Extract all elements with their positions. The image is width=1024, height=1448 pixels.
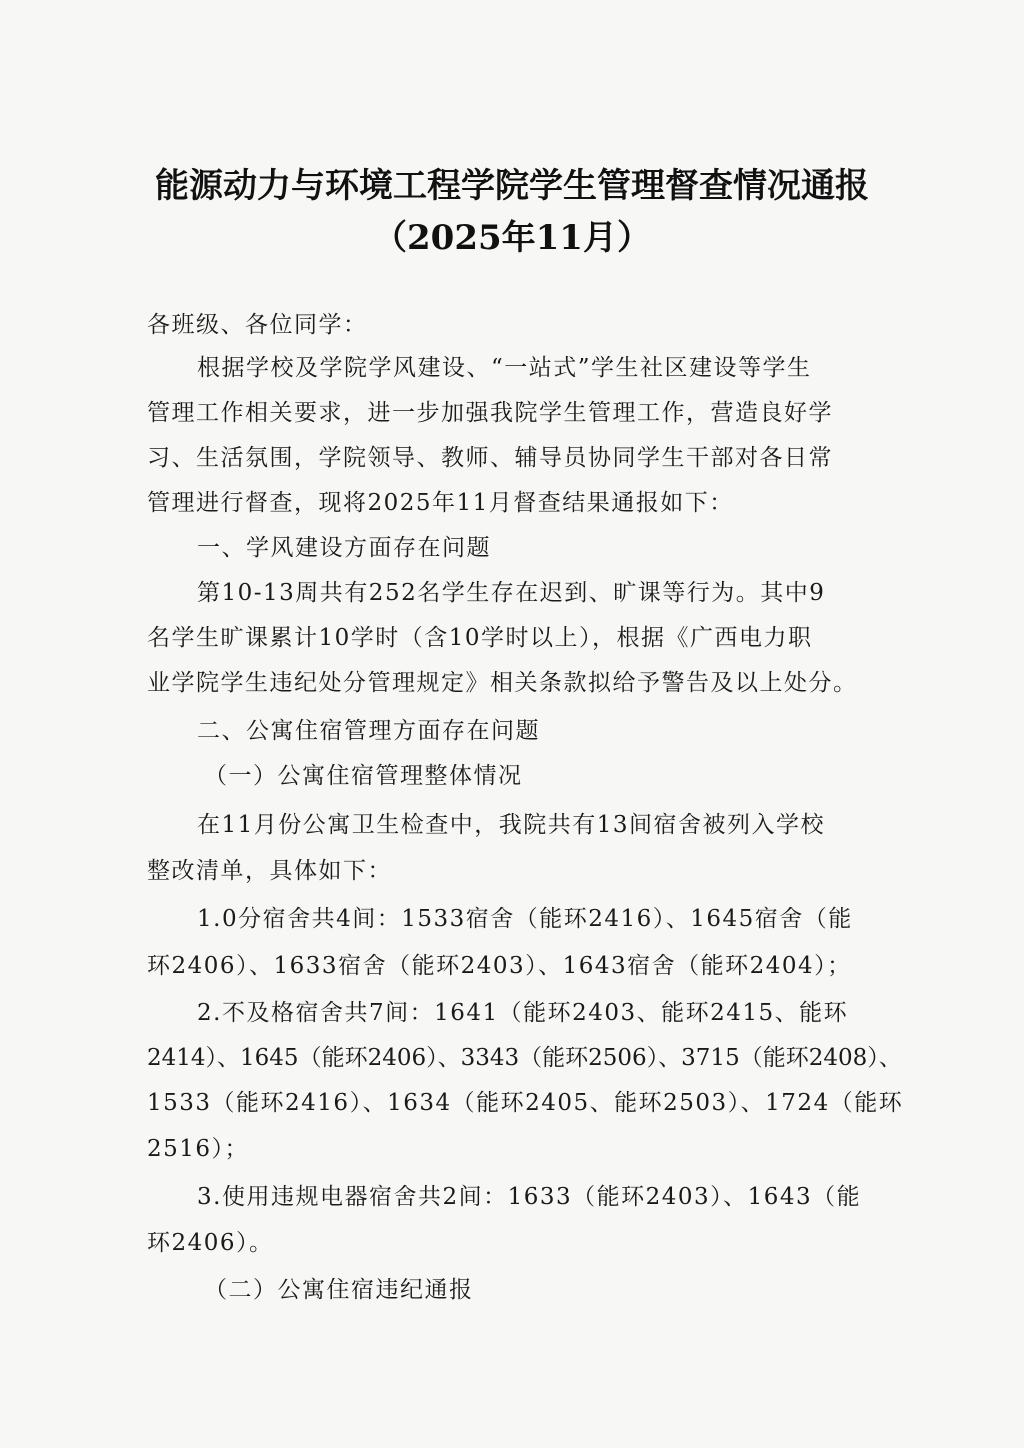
sub1-line: 环2406）、1633宿舍（能环2403）、1643宿舍（能环2404）；	[147, 951, 899, 981]
sub1-line: 2414）、1645（能环2406）、3343（能环2506）、3715（能环2…	[147, 1043, 899, 1073]
sub1-line: 1533（能环2416）、1634（能环2405、能环2503）、1724（能环	[147, 1088, 899, 1118]
document-page: 能源动力与环境工程学院学生管理督查情况通报 （2025年11月） 各班级、各位同…	[0, 0, 1024, 1448]
sub1-line: 2516）；	[147, 1134, 899, 1164]
intro-line: 根据学校及学院学风建设、“一站式”学生社区建设等学生	[197, 353, 949, 383]
section-heading-1: 一、学风建设方面存在问题	[197, 533, 949, 563]
sub1-line: 3.使用违规电器宿舍共2间：1633（能环2403）、1643（能	[197, 1182, 949, 1212]
sub1-line: 在11月份公寓卫生检查中，我院共有13间宿舍被列入学校	[197, 810, 949, 840]
section1-line: 业学院学生违纪处分管理规定》相关条款拟给予警告及以上处分。	[147, 668, 899, 698]
document-subtitle: （2025年11月）	[0, 210, 1024, 259]
subsection-heading-2: （二）公寓住宿违纪通报	[204, 1275, 956, 1305]
sub1-line: 整改清单，具体如下：	[147, 856, 899, 886]
section-heading-2: 二、公寓住宿管理方面存在问题	[197, 716, 949, 746]
section1-line: 名学生旷课累计10学时（含10学时以上），根据《广西电力职	[147, 623, 899, 653]
sub1-line: 2.不及格宿舍共7间：1641（能环2403、能环2415、能环	[197, 998, 949, 1028]
section1-line: 第10-13周共有252名学生存在迟到、旷课等行为。其中9	[197, 578, 949, 608]
intro-line: 管理进行督查，现将2025年11月督查结果通报如下：	[147, 488, 899, 518]
salutation: 各班级、各位同学：	[147, 310, 899, 340]
document-title: 能源动力与环境工程学院学生管理督查情况通报	[0, 158, 1024, 207]
sub1-line: 环2406）。	[147, 1228, 899, 1258]
subsection-heading-1: （一）公寓住宿管理整体情况	[204, 761, 956, 791]
intro-line: 管理工作相关要求，进一步加强我院学生管理工作，营造良好学	[147, 398, 899, 428]
sub1-line: 1.0分宿舍共4间：1533宿舍（能环2416）、1645宿舍（能	[197, 904, 949, 934]
intro-line: 习、生活氛围，学院领导、教师、辅导员协同学生干部对各日常	[147, 443, 899, 473]
